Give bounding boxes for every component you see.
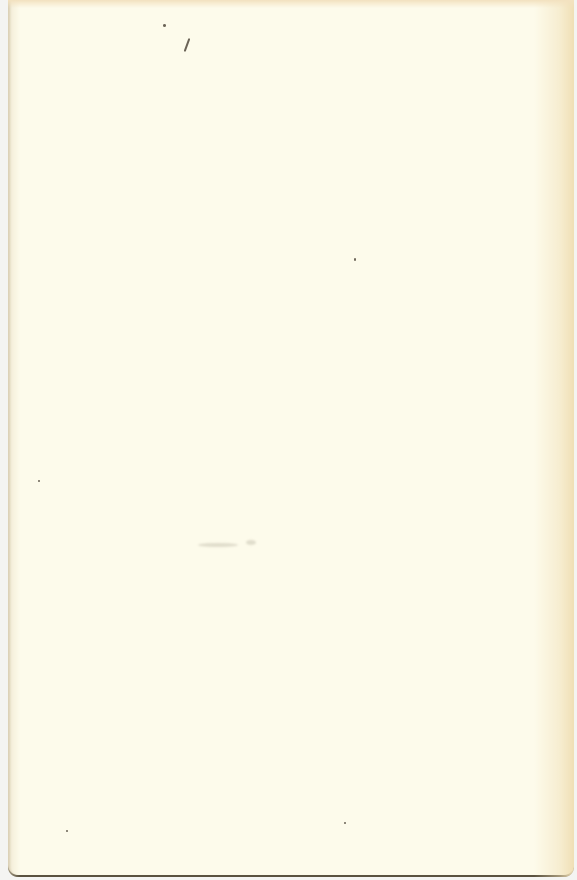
smudge (198, 543, 238, 547)
ink-speck (184, 38, 191, 52)
smudge (246, 540, 256, 545)
ink-speck (38, 480, 40, 482)
ink-speck (66, 830, 68, 832)
ink-speck (354, 258, 356, 261)
edge-yellowing (8, 0, 574, 877)
blank-card (8, 0, 574, 877)
ink-speck (163, 24, 166, 27)
ink-speck (344, 822, 346, 824)
